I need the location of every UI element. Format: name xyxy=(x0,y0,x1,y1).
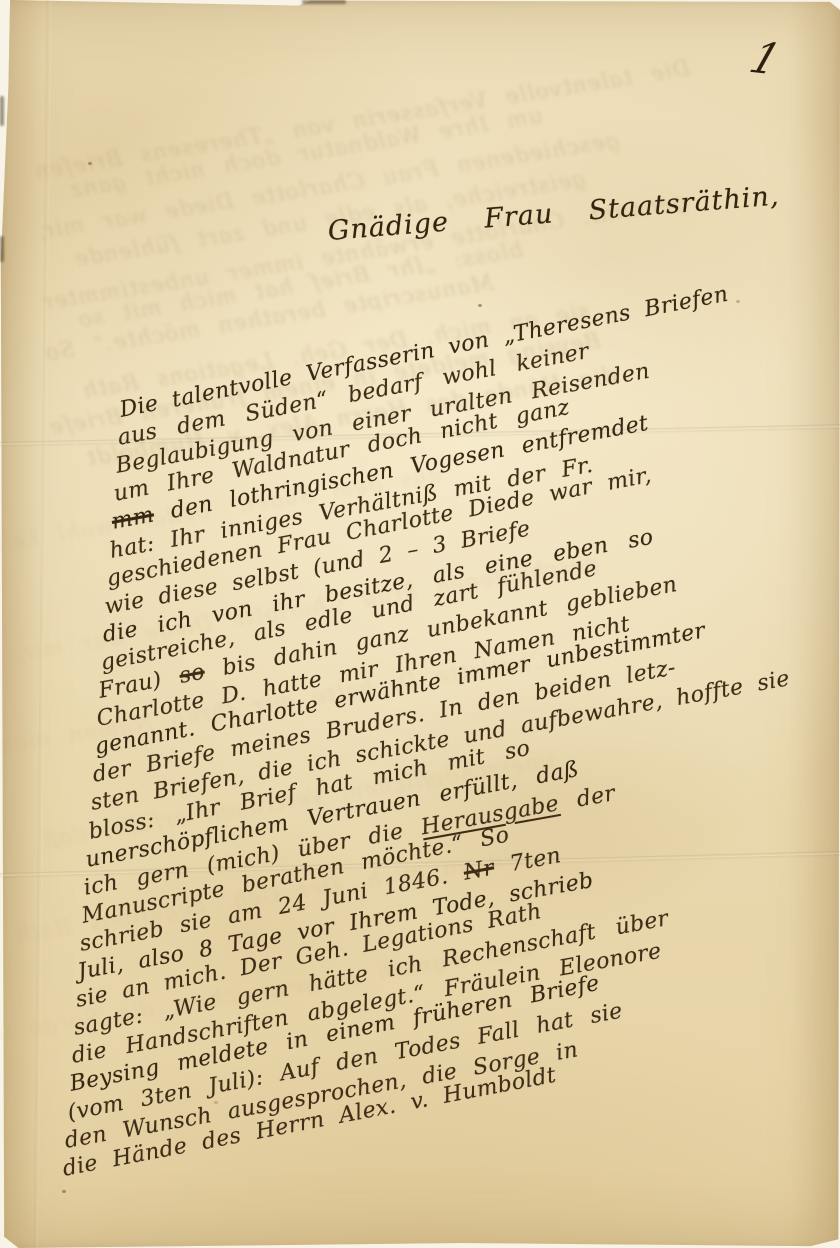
letter-body: Die talentvolle Verfasserin von „Therese… xyxy=(0,0,840,1248)
letter-scan: Die talentvolle Verfasserin von „Therese… xyxy=(0,0,840,1248)
